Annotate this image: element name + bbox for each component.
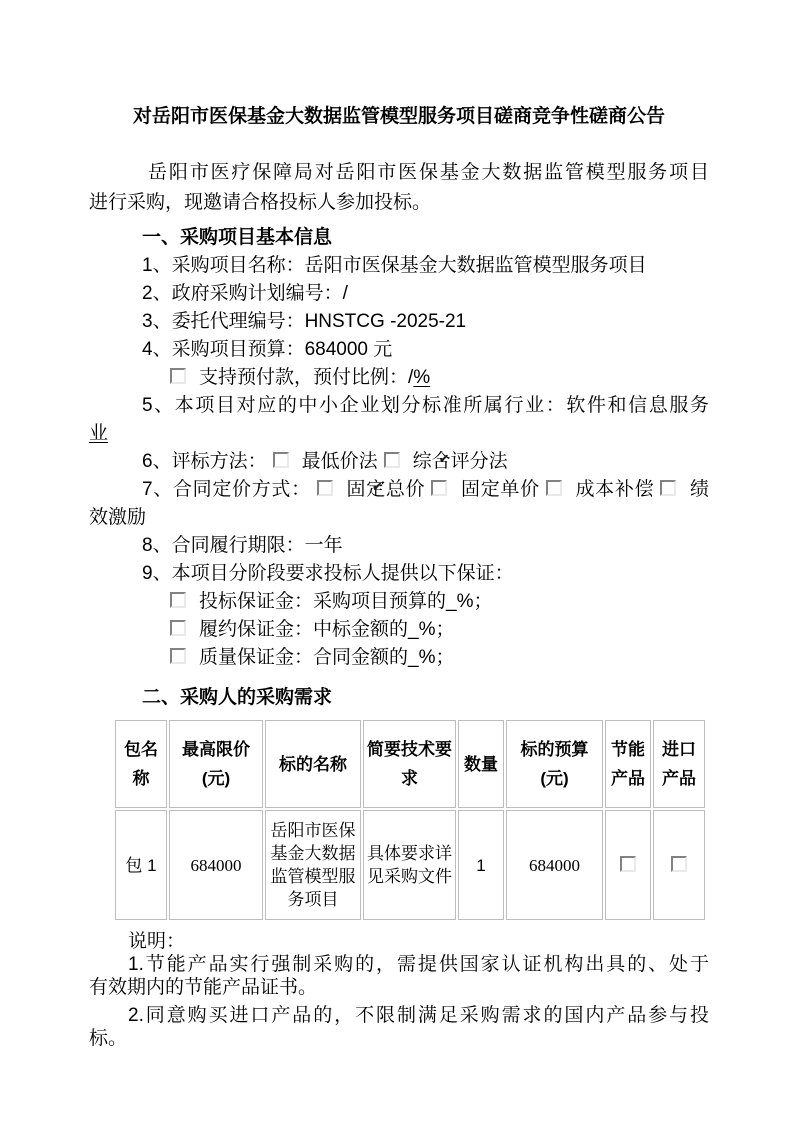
performance-guarantee-line: 履约保证金：中标金额的_%；: [89, 616, 709, 644]
note2-line1: 2.同意购买进口产品的，不限制满足采购需求的国内产品参与投: [89, 1004, 709, 1027]
cell-budget: 684000: [506, 810, 603, 920]
energy-saving-checkbox[interactable]: [620, 856, 636, 872]
bid-guarantee-checkbox[interactable]: [170, 592, 186, 608]
item-industry-line1: 5、本项目对应的中小企业划分标准所属行业：软件和信息服务: [89, 392, 709, 420]
lowest-price-label: 最低价法: [302, 451, 378, 472]
performance-incentive-checkbox[interactable]: [660, 480, 676, 496]
fixed-total-price-checkbox[interactable]: [317, 480, 333, 496]
item-evaluation-method: 6、评标方法：最低价法综合评分法: [89, 448, 709, 476]
comprehensive-scoring-checkbox[interactable]: [384, 452, 400, 468]
cell-tech-requirements: 具体要求详 见采购文件: [363, 810, 456, 920]
quality-guarantee-label: 质量保证金：合同金额的_%；: [199, 647, 454, 668]
note1-line1: 1.节能产品实行强制采购的，需提供国家认证机构出具的、处于: [89, 953, 709, 976]
intro-paragraph: 岳阳市医疗保障局对岳阳市医保基金大数据监管模型服务项目 进行采购，现邀请合格投标…: [89, 158, 709, 218]
quality-guarantee-line: 质量保证金：合同金额的_%；: [89, 644, 709, 672]
header-subject-name: 标的名称: [265, 720, 361, 808]
table-row: 包 1 684000 岳阳市医保 基金大数据 监管模型服 务项目 具体要求详 见…: [115, 810, 705, 920]
quality-guarantee-checkbox[interactable]: [170, 648, 186, 664]
performance-incentive-label-part1: 绩: [689, 479, 709, 500]
prepay-checkbox[interactable]: [170, 368, 186, 384]
intro-line1: 岳阳市医疗保障局对岳阳市医保基金大数据监管模型服务项目: [89, 158, 709, 188]
max-price-value: 684000: [191, 856, 242, 875]
header-tech-requirements: 简要技术要 求: [363, 720, 456, 808]
item-project-budget: 4、采购项目预算：684000 元: [89, 336, 709, 364]
item-pricing-method-line2: 效激励: [89, 504, 709, 532]
header-max-price: 最高限价 (元): [169, 720, 263, 808]
section1-heading: 一、采购项目基本信息: [89, 224, 709, 252]
prepay-percent-blank: %: [413, 367, 430, 388]
item-project-name: 1、采购项目名称：岳阳市医保基金大数据监管模型服务项目: [89, 252, 709, 280]
fixed-unit-price-checkbox[interactable]: [431, 480, 447, 496]
requirements-table: 包名 称 最高限价 (元) 标的名称 简要技术要 求 数量 标的预算 (元) 节…: [113, 718, 707, 922]
document-title: 对岳阳市医保基金大数据监管模型服务项目磋商竞争性磋商公告: [89, 0, 709, 132]
intro-line2: 进行采购，现邀请合格投标人参加投标。: [89, 188, 709, 218]
evaluation-method-label: 6、评标方法：: [142, 451, 267, 472]
cell-max-price: 684000: [169, 810, 263, 920]
note1-line2: 有效期内的节能产品证书。: [89, 976, 709, 999]
header-energy-saving: 节能 产品: [605, 720, 651, 808]
item-prepay: 支持预付款，预付比例：/%: [89, 364, 709, 392]
performance-guarantee-label: 履约保证金：中标金额的_%；: [199, 619, 454, 640]
bid-guarantee-line: 投标保证金：采购项目预算的_%；: [89, 588, 709, 616]
industry-wrap-char: 业: [89, 423, 108, 444]
section2-heading: 二、采购人的采购需求: [89, 684, 709, 712]
item-contract-term: 8、合同履行期限：一年: [89, 532, 709, 560]
pricing-method-label: 7、合同定价方式：: [142, 479, 311, 500]
header-quantity: 数量: [458, 720, 504, 808]
header-subject-budget: 标的预算 (元): [506, 720, 603, 808]
item-plan-number: 2、政府采购计划编号：/: [89, 280, 709, 308]
cell-package: 包 1: [115, 810, 167, 920]
fixed-unit-price-label: 固定单价: [460, 479, 539, 500]
cell-quantity: 1: [458, 810, 504, 920]
cell-energy-saving: [605, 810, 651, 920]
header-import-product: 进口 产品: [653, 720, 705, 808]
budget-value: 684000: [529, 856, 580, 875]
item-industry-line2: 业: [89, 420, 709, 448]
note2-line2: 标。: [89, 1027, 709, 1050]
import-product-checkbox[interactable]: [671, 856, 687, 872]
performance-guarantee-checkbox[interactable]: [170, 620, 186, 636]
table-header-row: 包名 称 最高限价 (元) 标的名称 简要技术要 求 数量 标的预算 (元) 节…: [115, 720, 705, 808]
prepay-label: 支持预付款，预付比例：/: [199, 367, 413, 388]
document-page: 对岳阳市医保基金大数据监管模型服务项目磋商竞争性磋商公告 岳阳市医疗保障局对岳阳…: [0, 0, 793, 1122]
cost-compensation-checkbox[interactable]: [546, 480, 562, 496]
cell-subject-name: 岳阳市医保 基金大数据 监管模型服 务项目: [265, 810, 361, 920]
cell-import-product: [653, 810, 705, 920]
header-package-name: 包名 称: [115, 720, 167, 808]
lowest-price-checkbox[interactable]: [273, 452, 289, 468]
cost-compensation-label: 成本补偿: [575, 479, 654, 500]
notes-block: 说明： 1.节能产品实行强制采购的，需提供国家认证机构出具的、处于 有效期内的节…: [89, 930, 709, 1050]
item-guarantees-intro: 9、本项目分阶段要求投标人提供以下保证：: [89, 560, 709, 588]
item-agency-number: 3、委托代理编号：HNSTCG -2025-21: [89, 308, 709, 336]
notes-label: 说明：: [89, 930, 709, 953]
item-pricing-method-line1: 7、合同定价方式：固定总价固定单价成本补偿绩: [89, 476, 709, 504]
bid-guarantee-label: 投标保证金：采购项目预算的_%；: [199, 591, 492, 612]
